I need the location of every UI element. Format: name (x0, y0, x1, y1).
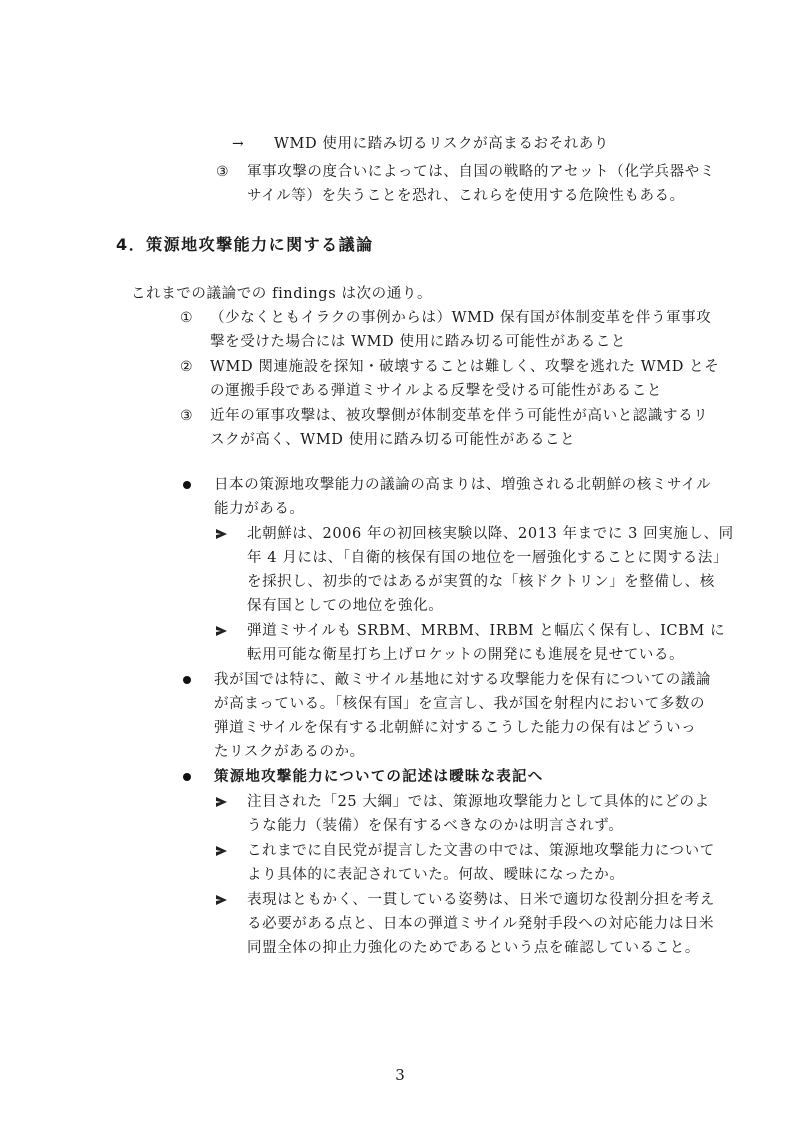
bullet-1-sub-1-line4: 保有国としての地位を強化。 (247, 596, 443, 616)
arrowhead-bullet-icon (216, 797, 227, 807)
bullet-3-sub-3-line1: 表現はともかく、一貫している姿勢は、日米で適切な役割分担を考え (247, 890, 715, 910)
continuation-item3-line1: 軍事攻撃の度合いによっては、自国の戦略的アセット（化学兵器やミ (247, 162, 715, 182)
bullet-3-sub-2-line1: これまでに自民党が提言した文書の中では、策源地攻撃能力について (247, 841, 715, 861)
circled-number-3-icon: ③ (216, 162, 229, 182)
bullet-icon (183, 676, 191, 684)
finding-3-line1: 近年の軍事攻撃は、被攻撃側が体制変革を伴う可能性が高いと認識するリ (210, 406, 708, 426)
bullet-3-sub-1-line2: うな能力（装備）を保有するべきなのかは明言されず。 (247, 816, 623, 836)
bullet-2-line3: 弾道ミサイルを保有する北朝鮮に対するこうした能力の保有はどういっ (214, 718, 696, 738)
circled-number-3-icon: ③ (180, 406, 193, 426)
finding-3-line2: スクが高く、WMD 使用に踏み切る可能性があること (210, 430, 575, 450)
finding-1-line2: 撃を受けた場合には WMD 使用に踏み切る可能性があること (210, 332, 626, 352)
bullet-1-line2: 能力がある。 (214, 499, 305, 519)
bullet-3-sub-3-line2: る必要がある点と、日本の弾道ミサイル発射手段への対応能力は日米 (247, 914, 714, 934)
arrowhead-bullet-icon (216, 895, 227, 905)
arrowhead-bullet-icon (216, 529, 227, 539)
bullet-1-sub-2-line2: 転用可能な衛星打ち上げロケットの開発にも進展を見せている。 (247, 645, 684, 665)
bullet-3-sub-3-line3: 同盟全体の抑止力強化のためであるという点を確認していること。 (247, 938, 700, 958)
finding-1-line1: （少なくともイラクの事例からは）WMD 保有国が体制変革を伴う軍事攻 (210, 308, 711, 328)
bullet-2-line4: たリスクがあるのか。 (214, 742, 365, 762)
bullet-1-sub-1-line2: 年 4 月には、「自衛的核保有国の地位を一層強化することに関する法」 (247, 548, 728, 568)
bullet-icon (183, 481, 191, 489)
section-intro: これまでの議論での findings は次の通り。 (131, 284, 432, 304)
arrowhead-bullet-icon (216, 626, 227, 636)
arrowhead-bullet-icon (216, 846, 227, 856)
bullet-3-sub-2-line2: より具体的に表記されていた。何故、曖昧になったか。 (247, 865, 625, 885)
bullet-1-line1: 日本の策源地攻撃能力の議論の高まりは、増強される北朝鮮の核ミサイル (214, 475, 711, 495)
bullet-icon (183, 773, 191, 781)
bullet-1-sub-2-line1: 弾道ミサイルも SRBM、MRBM、IRBM と幅広く保有し、ICBM に (247, 621, 725, 641)
circled-number-2-icon: ② (180, 357, 193, 377)
continuation-item3-line2: サイル等）を失うことを恐れ、これらを使用する危険性もある。 (247, 186, 685, 206)
bullet-2-line2: が高まっている。「核保有国」を宣言し、我が国を射程内において多数の (214, 694, 705, 714)
bullet-1-sub-1-line3: を採択し、初歩的ではあるが実質的な「核ドクトリン」を整備し、核 (247, 572, 715, 592)
arrow-note: WMD 使用に踏み切るリスクが高まるおそれあり (274, 134, 609, 154)
finding-2-line1: WMD 関連施設を探知・破壊することは難しく、攻撃を逃れた WMD とそ (210, 357, 719, 377)
arrow-icon: → (232, 134, 244, 154)
bullet-1-sub-1-line1: 北朝鮮は、2006 年の初回核実験以降、2013 年までに 3 回実施し、同 (247, 524, 734, 544)
finding-2-line2: の運搬手段である弾道ミサイルよる反撃を受ける可能性があること (210, 381, 662, 401)
bullet-3-sub-1-line1: 注目された「25 大綱」では、策源地攻撃能力として具体的にどのよ (247, 792, 710, 812)
bullet-2-line1: 我が国では特に、敵ミサイル基地に対する攻撃能力を保有についての議論 (214, 670, 711, 690)
section-heading: 4．策源地攻撃能力に関する議論 (116, 234, 374, 256)
bullet-3-heading: 策源地攻撃能力についての記述は曖昧な表記へ (214, 767, 543, 787)
circled-number-1-icon: ① (180, 308, 193, 328)
page-number: 3 (0, 1066, 800, 1084)
